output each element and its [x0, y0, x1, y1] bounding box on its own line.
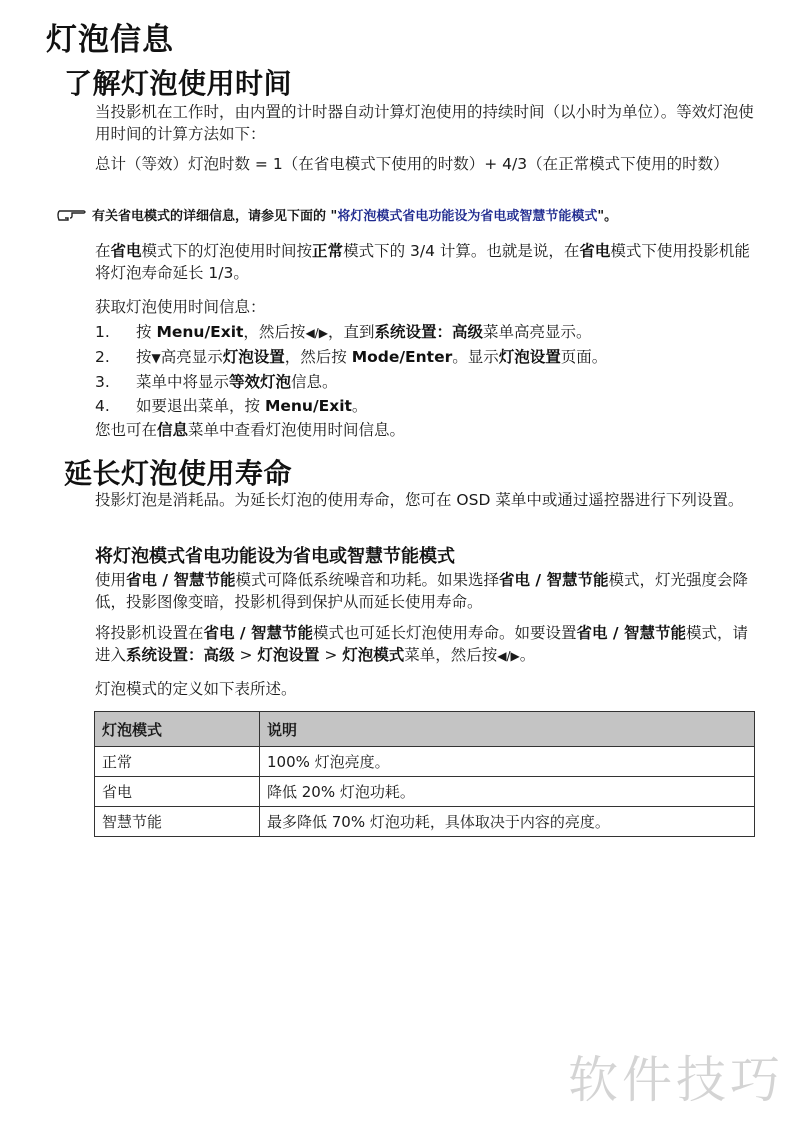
bold-text: Menu/Exit: [265, 397, 352, 415]
text: ，然后按: [285, 348, 352, 366]
text: 模式下的 3/4 计算。也就是说，在: [343, 242, 579, 260]
text: 按: [136, 348, 152, 366]
list-item: 4. 如要退出菜单，按 Menu/Exit。: [95, 394, 765, 418]
text: 模式也可延长灯泡使用寿命。如要设置: [313, 624, 577, 642]
text: 使用: [95, 571, 126, 589]
description-cell: 最多降低 70% 灯泡功耗，具体取决于内容的亮度。: [260, 807, 755, 837]
text: 按: [136, 323, 156, 341]
mode-cell: 正常: [95, 747, 260, 777]
table-row: 智慧节能 最多降低 70% 灯泡功耗，具体取决于内容的亮度。: [95, 807, 755, 837]
page-title: 灯泡信息: [46, 14, 174, 59]
note-suffix: "。: [597, 205, 617, 224]
table-row: 省电 降低 20% 灯泡功耗。: [95, 777, 755, 807]
list-item: 3. 菜单中将显示等效灯泡信息。: [95, 370, 765, 394]
text: >: [235, 646, 258, 664]
lamp-mode-table: 灯泡模式 说明 正常 100% 灯泡亮度。 省电 降低 20% 灯泡功耗。 智慧…: [94, 711, 755, 837]
list-item: 1. 按 Menu/Exit，然后按◀/▶，直到系统设置：高级菜单高亮显示。: [95, 320, 765, 345]
lamp-hours-formula: 总计（等效）灯泡时数 = 1（在省电模式下使用的时数）+ 4/3（在正常模式下使…: [95, 153, 760, 175]
section-heading-extend-life: 延长灯泡使用寿命: [64, 452, 292, 492]
section-heading-lamp-hours: 了解灯泡使用时间: [64, 62, 292, 102]
bold-text: 灯泡模式: [342, 646, 404, 664]
down-arrow-icon: ▼: [152, 351, 161, 365]
text: 菜单中查看灯泡使用时间信息。: [188, 421, 405, 439]
text: ，然后按: [243, 323, 305, 341]
closing-line: 您也可在信息菜单中查看灯泡使用时间信息。: [95, 418, 765, 442]
text: >: [319, 646, 342, 664]
bold-text: 等效灯泡: [229, 373, 291, 391]
energy-mode-description: 使用省电 / 智慧节能模式可降低系统噪音和功耗。如果选择省电 / 智慧节能模式，…: [95, 569, 760, 613]
bold-text: 省电 / 智慧节能: [204, 624, 313, 642]
text: 在: [95, 242, 111, 260]
table-intro: 灯泡模式的定义如下表所述。: [95, 678, 760, 700]
eco-mode-explanation: 在省电模式下的灯泡使用时间按正常模式下的 3/4 计算。也就是说，在省电模式下使…: [95, 240, 760, 284]
text: 模式可降低系统噪音和功耗。如果选择: [235, 571, 499, 589]
text: 页面。: [561, 348, 608, 366]
bold-text: 信息: [157, 421, 188, 439]
table-row: 正常 100% 灯泡亮度。: [95, 747, 755, 777]
text: 。显示: [452, 348, 499, 366]
table-header-row: 灯泡模式 说明: [95, 712, 755, 747]
column-header: 说明: [260, 712, 755, 747]
text: 模式下的灯泡使用时间按: [142, 242, 313, 260]
text: 信息。: [291, 373, 338, 391]
description-cell: 100% 灯泡亮度。: [260, 747, 755, 777]
note-callout: 有关省电模式的详细信息，请参见下面的 " 将灯泡模式省电功能设为省电或智慧节能模…: [56, 205, 776, 224]
bold-text: 省电 / 智慧节能: [126, 571, 235, 589]
bold-text: 系统设置：高级: [374, 323, 483, 341]
text: 将投影机设置在: [95, 624, 204, 642]
text: 菜单中将显示: [136, 373, 229, 391]
description-cell: 降低 20% 灯泡功耗。: [260, 777, 755, 807]
column-header: 灯泡模式: [95, 712, 260, 747]
text: 如要退出菜单，按: [136, 397, 265, 415]
text: 菜单高亮显示。: [483, 323, 592, 341]
subheading-energy-mode: 将灯泡模式省电功能设为省电或智慧节能模式: [95, 542, 455, 568]
mode-cell: 智慧节能: [95, 807, 260, 837]
bold-text: 正常: [312, 242, 343, 260]
energy-mode-setup: 将投影机设置在省电 / 智慧节能模式也可延长灯泡使用寿命。如要设置省电 / 智慧…: [95, 622, 760, 667]
step-number: 4.: [95, 394, 136, 418]
list-item: 2. 按▼高亮显示灯泡设置，然后按 Mode/Enter。显示灯泡设置页面。: [95, 345, 765, 370]
step-number: 3.: [95, 370, 136, 394]
left-right-arrow-icon: ◀/▶: [305, 326, 328, 340]
lamp-hours-description: 当投影机在工作时，由内置的计时器自动计算灯泡使用的持续时间（以小时为单位）。等效…: [95, 101, 760, 145]
bold-text: 灯泡设置: [499, 348, 561, 366]
step-number: 2.: [95, 345, 136, 370]
pointing-hand-icon: [56, 207, 88, 223]
text: ，直到: [328, 323, 375, 341]
text: 。: [352, 397, 368, 415]
steps-intro: 获取灯泡使用时间信息：: [95, 296, 760, 318]
text: 。: [520, 646, 536, 664]
bold-text: 省电: [579, 242, 610, 260]
step-number: 1.: [95, 320, 136, 345]
bold-text: 省电 / 智慧节能: [577, 624, 686, 642]
text: 您也可在: [95, 421, 157, 439]
watermark: 软件技巧: [568, 1040, 784, 1112]
bold-text: Mode/Enter: [352, 348, 453, 366]
mode-cell: 省电: [95, 777, 260, 807]
text: 菜单，然后按: [404, 646, 497, 664]
bold-text: 灯泡设置: [223, 348, 285, 366]
bold-text: 系统设置：高级: [126, 646, 235, 664]
steps-list: 1. 按 Menu/Exit，然后按◀/▶，直到系统设置：高级菜单高亮显示。 2…: [95, 320, 765, 442]
note-link-energy-mode[interactable]: 将灯泡模式省电功能设为省电或智慧节能模式: [337, 205, 597, 224]
text: 高亮显示: [161, 348, 223, 366]
extend-life-intro: 投影灯泡是消耗品。为延长灯泡的使用寿命，您可在 OSD 菜单中或通过遥控器进行下…: [95, 489, 760, 511]
bold-text: Menu/Exit: [156, 323, 243, 341]
bold-text: 省电: [111, 242, 142, 260]
note-text: 有关省电模式的详细信息，请参见下面的 ": [92, 205, 337, 224]
bold-text: 灯泡设置: [257, 646, 319, 664]
left-right-arrow-icon: ◀/▶: [497, 649, 520, 663]
bold-text: 省电 / 智慧节能: [499, 571, 608, 589]
